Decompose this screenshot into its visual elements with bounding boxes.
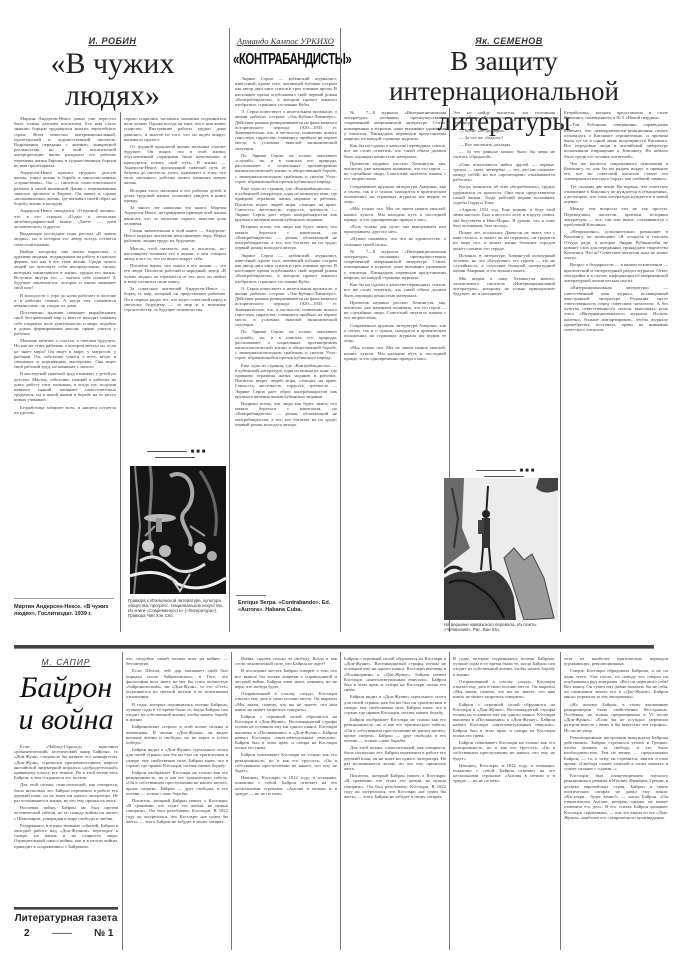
divider <box>14 598 114 599</box>
paragraph: Выйдя, которому она почти вырастала, с д… <box>14 249 116 291</box>
paragraph: Писатель, который Байрон пишет о Кэстльр… <box>126 798 228 824</box>
newspaper-name: Литературная газета <box>14 913 118 924</box>
paragraph: Мысль, чтоб читатель, как и писатель, по… <box>124 246 226 262</box>
paragraph: Позже лет, поскольку Джексон не знает, ч… <box>453 230 555 251</box>
paragraph: — За что раньше можно было бы меня не сч… <box>453 149 555 159</box>
paragraph: Современное крупная литература Америки, … <box>344 184 446 205</box>
article-sapir-column-2: что «подобно самой поэзии поет на войне»… <box>126 656 228 948</box>
paragraph: От трудной проклятой жизни мальчика спас… <box>124 144 226 186</box>
paragraph: В мастерской тяжелый труд отнимает у дет… <box>14 371 116 402</box>
mountain-caption: На вершине кавказского перевала. Из сюит… <box>444 622 558 632</box>
woodcut-illustration <box>130 466 226 594</box>
paragraph: Как бы ни судили о качестве переводных с… <box>344 282 446 298</box>
footer-issue-line: 2 —— № 1 <box>14 928 118 942</box>
paragraph: Если «Чайльд-Гарольд» выполнил «романтич… <box>14 744 118 780</box>
paragraph: Если Шелли, чей дар оказывает свой быт п… <box>126 668 228 699</box>
article-contrabandists-bibliography: Enrique Serpa. «Contrabando». Ed. «Auror… <box>238 600 338 614</box>
paragraph: «Апрель, 1931 год. Еще помню, в беде это… <box>453 207 555 228</box>
paragraph: Прочитав недавно рассказ Хемингуэя, мы, … <box>344 161 446 182</box>
paragraph: Смерть Кэстльри обрадовала Байрона, и не… <box>564 668 668 699</box>
paragraph: «Мы только что. Мы не знаем наших мыслей… <box>344 345 446 361</box>
woodcut-caption: Гравюра к Итальянской литературе, культу… <box>128 598 228 618</box>
paragraph: «Интернациональная литература» — ответст… <box>564 285 668 332</box>
column-rule <box>122 652 123 950</box>
paragraph: лета из наиболее критических периодов уг… <box>564 656 668 666</box>
paragraph: Отправленный в ссылку «лорд», Кэстльри о… <box>453 679 555 700</box>
paragraph: «Есть только два пути: мы выигрываем или… <box>344 224 446 234</box>
paragraph: Байрон видит в «Дон-Жуане» идеального по… <box>126 747 228 768</box>
paragraph: «Нужно понимать, что это не одиночество,… <box>344 236 446 246</box>
paragraph: Наконец, Кэстльри, в 1822 году, в отчаян… <box>453 763 555 784</box>
paragraph: «Но почему, Байрон, в этому высмеянию ре… <box>564 702 668 733</box>
paragraph: — За что же «быдло»? <box>453 135 555 140</box>
divider <box>236 595 266 596</box>
paragraph: Байрон изображает Кэстльри не только как… <box>126 770 228 796</box>
paragraph: Байрон показывает Кэстльри не только как… <box>235 752 337 773</box>
paragraph: что «подобно самой поэзии поет на войне»… <box>126 656 228 666</box>
paragraph: По Энрике Серпа, не только описывает «сл… <box>235 153 337 184</box>
paragraph: Наконец, Кэстльри, в 1822 году, в отчаян… <box>235 775 337 796</box>
article-sapir-column-5: В годы, которые подчинились поэзии Байро… <box>453 656 555 948</box>
paragraph: Писатель, который Байрон пишет о Кэстльр… <box>344 773 446 799</box>
paragraph: Воспевая войну, Байрон не был против чел… <box>14 805 118 821</box>
paragraph: Байрон показывает Кэстльри не только как… <box>453 740 555 761</box>
article-sapir-title: Байрон и война <box>10 672 122 736</box>
article-semenov-column-1: № 7—8 журнала «Интернациональная литерат… <box>344 110 446 630</box>
article-contrabandists-column: Энрике Серпа — кубинский журналист, изве… <box>235 76 337 590</box>
column-rule <box>560 108 561 632</box>
paragraph: Безработица, которая представлена в стил… <box>564 110 668 120</box>
paragraph: горько старались заставить мальчика подч… <box>124 116 226 142</box>
paragraph: — Ровно 200 долларов. <box>453 128 555 133</box>
paragraph: Прочитав недавно рассказ Хемингуэя, мы, … <box>344 300 446 321</box>
paragraph: «Неприлично», дополнительно разъясняет в… <box>564 229 668 260</box>
paragraph: Что же касается современного отношения к… <box>564 161 668 182</box>
article-contrabandists-author: Армандо Кампос УРКИХО <box>233 36 338 46</box>
paragraph: Байрон видит в «Дон-Жуане» идеального по… <box>344 694 446 715</box>
article-robin-column-2: горько старались заставить мальчика подч… <box>124 116 226 426</box>
paragraph: Самая значительная в этой книге — Андерс… <box>124 228 226 244</box>
paragraph: История этого мальчика и его рабочих дет… <box>124 188 226 204</box>
paragraph: Энрике Серпа — кубинский журналист, изве… <box>235 76 337 107</box>
paragraph: Андерсен-Нексе находился «Отчизной жизни… <box>14 208 116 229</box>
article-semenov-title-line1: В защиту интернациональной <box>344 46 664 106</box>
article-sapir-title-line1: Байрон <box>10 672 122 704</box>
column-rule <box>449 652 450 950</box>
paragraph: Это не найду писателя, это поэтапная «да… <box>453 110 555 126</box>
section-separator <box>14 645 654 649</box>
paragraph: Революционные настроения вынуждали Байро… <box>564 735 668 771</box>
paragraph: «Тов. Рубинчик совершенно справедливо от… <box>564 122 668 158</box>
paragraph: Мы видим в лице Хемингуэя нового, талант… <box>453 276 555 297</box>
paragraph: «Они покушаются найти друзей — первые, т… <box>453 162 555 183</box>
paragraph: В молодости с утра до ночи работает в по… <box>14 293 116 309</box>
column-rule <box>340 652 341 950</box>
paragraph: № 7—8 журнала «Интернациональная литерат… <box>344 249 446 280</box>
paragraph: Андерсен-Нексе прошел трудную долгую жиз… <box>14 170 116 206</box>
article-semenov-column-2: Это не найду писателя, это поэтапная «да… <box>453 110 555 470</box>
paragraph: — Вот заплатить доллары. <box>453 142 555 147</box>
paragraph: В последних местах Байрон говорит о том,… <box>235 668 337 689</box>
paragraph: Еще одна из страниц, где «Контрабандисты… <box>235 363 337 399</box>
paragraph: Байрон с огромной силой обрушился на Кэс… <box>235 714 337 750</box>
paragraph: Для этой поэмы, относительной, как говор… <box>14 782 118 803</box>
paragraph: Безработица забирает всех, и нищета оста… <box>14 405 116 415</box>
paragraph: Э. Серпа повествует о нелегальном промыс… <box>235 286 337 328</box>
article-sapir-column-3: Война, сказать только за свободу. Когда … <box>235 656 337 948</box>
article-sapir-column-6: лета из наиболее критических периодов уг… <box>564 656 668 948</box>
column-rule <box>120 112 121 632</box>
paragraph: Постепенно мальчик начинает вырабатывать… <box>14 310 116 336</box>
paragraph: Истинно, в литературе, Хемингуэй культур… <box>453 253 555 274</box>
paragraph: Байрон изображает Кэстльри не только как… <box>344 717 446 743</box>
paragraph: Байрон с огромной силой обрушился на Кэс… <box>344 656 446 692</box>
article-robin-column-1: Мартин Андерсен-Нексе давно уже перестал… <box>14 116 116 590</box>
paragraph: Выдающая последние годы рассказ «В чужих… <box>14 231 116 247</box>
paragraph: За много лет написана эта книга. Мартин … <box>124 205 226 226</box>
paragraph: Мальчик мечтает о счастье, о светлом буд… <box>14 338 116 369</box>
article-sapir-author: М. САПИР <box>14 657 118 667</box>
paragraph: Для этой поэмы, относительной, как говор… <box>344 745 446 771</box>
paragraph: Вопреки всему, эти люди как будто знают,… <box>235 401 337 427</box>
paragraph: По Энрике Серпа, не только описывает «сл… <box>235 329 337 360</box>
article-robin-title-line1: «В чужих <box>0 48 225 80</box>
paragraph: № 7—8 журнала «Интернациональная литерат… <box>344 110 446 141</box>
paragraph: В годы, которые подчинились поэзии Байро… <box>453 656 555 677</box>
article-robin-title-line2: людях» <box>0 80 225 112</box>
mountain-illustration <box>444 478 558 620</box>
paragraph: Э. Серпа повествует о нелегальном промыс… <box>235 109 337 151</box>
issue-number: № 1 <box>94 928 114 939</box>
paragraph: Еще одна из страниц, где «Контрабандисты… <box>235 186 337 222</box>
article-sapir-column-4: Байрон с огромной силой обрушился на Кэс… <box>344 656 446 948</box>
article-semenov-column-3: Безработица, которая представлена в стил… <box>564 110 668 630</box>
paragraph: Война, сказать только за свободу. Когда … <box>235 656 337 666</box>
column-rule <box>231 652 232 950</box>
paragraph: Отправленный в ссылку «лорд», Кэстльри о… <box>235 691 337 712</box>
article-sapir-column-1: Если «Чайльд-Гарольд» выполнил «романтич… <box>14 744 118 904</box>
paragraph: «Мы только что. Мы не знаем наших мыслей… <box>344 206 446 222</box>
paragraph: Между тем вопросы эти не так просты. Пер… <box>564 206 668 227</box>
article-semenov-author: Як. СЕМЕНОВ <box>344 36 674 46</box>
paragraph: В годы, которые подчинились поэзии Байро… <box>126 702 228 723</box>
paragraph: Кэстльри был олицетворением гнусного реа… <box>564 773 668 820</box>
paragraph: Современное крупная литература Америки, … <box>344 323 446 344</box>
paragraph: Байрон с огромной силой обрушился на Кэс… <box>453 702 555 738</box>
section-ornament: ■■■ <box>122 449 228 461</box>
article-robin-author: И. РОБИН <box>0 36 225 46</box>
issue-dash: —— <box>52 928 72 939</box>
footer-rule <box>14 907 118 910</box>
woodcut-figures-icon <box>130 466 226 594</box>
article-sapir-title-line2: и война <box>10 704 122 736</box>
column-rule <box>229 28 230 632</box>
article-robin-bibliography: Мартин Андерсен-Нексе. «В чужих людях». … <box>14 604 116 618</box>
article-contrabandists-title: «КОНТРАБАНДИСТЫ» <box>233 52 338 68</box>
paragraph: Как бы ни судили о качестве переводных с… <box>344 143 446 159</box>
paragraph: Когда, помнится, об этих «безработных», … <box>453 184 555 205</box>
paragraph: Мартин Андерсен-Нексе давно уже перестал… <box>14 116 116 168</box>
mountain-climber-icon <box>444 478 558 620</box>
paragraph: Энрике Серпа — кубинский журналист, изве… <box>235 253 337 284</box>
page-number: 2 <box>24 928 30 939</box>
article-robin-title: «В чужих людях» <box>0 48 225 112</box>
paragraph: За советских читателей Андерсен-Нексе — … <box>124 286 226 312</box>
paragraph: Вопрос о бездарности — в нашем исключени… <box>564 262 668 283</box>
column-rule <box>560 652 561 950</box>
paragraph: Байроновские «герои» в этой поэме сильны… <box>126 724 228 745</box>
paragraph: Вопреки всему, эти люди как будто знают,… <box>235 224 337 250</box>
paragraph: Тут сказаны две вещи. Во-первых, что сов… <box>564 184 668 205</box>
paragraph: Раздражаясь в оценке военных событий, Ба… <box>14 823 118 849</box>
paragraph: Писатель верил, что смысл в его жизни — … <box>124 263 226 284</box>
column-rule <box>340 28 341 632</box>
